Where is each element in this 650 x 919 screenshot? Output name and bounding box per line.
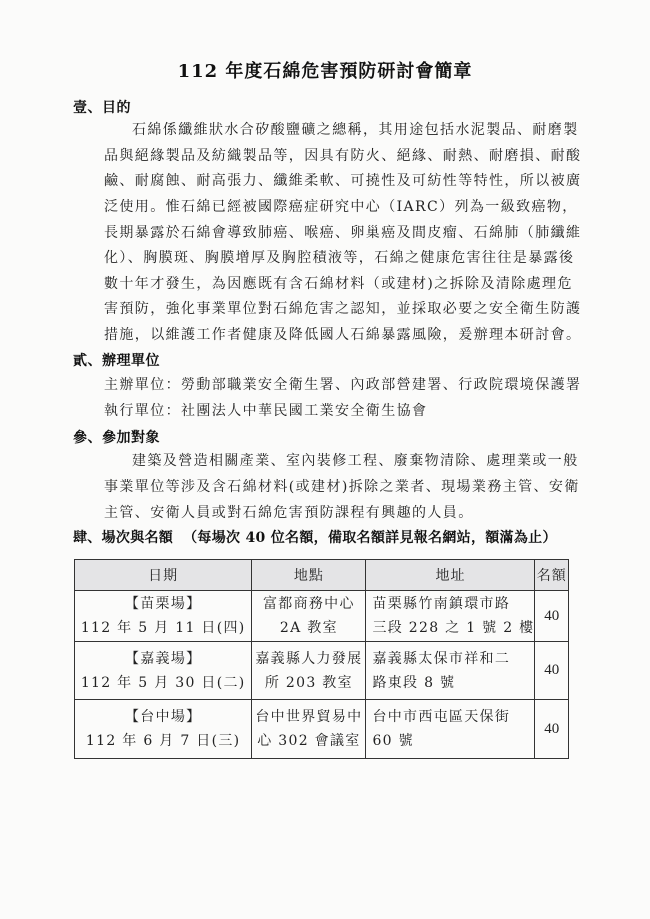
session-site: 【苗栗場】 <box>75 592 251 616</box>
venue-line: 2A 教室 <box>252 616 365 640</box>
participants-line: 建築及營造相關產業、室內裝修工程、廢棄物清除、處理業或一般 <box>132 450 579 470</box>
purpose-line: 鹼、耐腐蝕、耐高張力、纖維柔軟、可撓性及可紡性等特性，所以被廣 <box>104 170 581 190</box>
session-site: 【嘉義場】 <box>75 647 251 671</box>
venue-line: 富都商務中心 <box>252 592 365 616</box>
session-date: 112 年 5 月 11 日(四) <box>75 616 251 640</box>
address-line: 60 號 <box>372 729 534 753</box>
document-title: 112 年度石綿危害預防研討會簡章 <box>0 57 650 83</box>
session-date-cell: 【嘉義場】 112 年 5 月 30 日(二) <box>75 642 252 700</box>
session-address-cell: 台中市西屯區天保街 60 號 <box>366 700 535 759</box>
header-date: 日期 <box>75 560 252 591</box>
venue-line: 所 203 教室 <box>252 671 365 695</box>
session-date-cell: 【台中場】 112 年 6 月 7 日(三) <box>75 700 252 759</box>
table-row: 【嘉義場】 112 年 5 月 30 日(二) 嘉義縣人力發展 所 203 教室… <box>75 642 569 700</box>
sessions-quota-note: （每場次 40 位名額，備取名額詳見報名網站，額滿為止） <box>183 530 557 546</box>
section-heading-purpose: 壹、目的 <box>73 97 131 117</box>
sessions-heading-label: 肆、場次與名額 <box>73 530 173 546</box>
session-quota: 40 <box>535 642 569 700</box>
purpose-line: 長期暴露於石綿會導致肺癌、喉癌、卵巢癌及間皮瘤、石綿肺（肺纖維 <box>104 222 581 242</box>
purpose-line: 化）、胸膜斑、胸膜增厚及胸腔積液等，石綿之健康危害往往是暴露後 <box>104 247 574 267</box>
purpose-line: 害預防，強化事業單位對石綿危害之認知，並採取必要之安全衛生防護 <box>104 298 581 318</box>
document-page: 112 年度石綿危害預防研討會簡章 壹、目的 石綿係纖維狀水合矽酸鹽礦之總稱，其… <box>0 0 650 919</box>
venue-line: 嘉義縣人力發展 <box>252 647 365 671</box>
participants-line: 主管、安衛人員或對石綿危害預防課程有興趣的人員。 <box>104 502 474 522</box>
participants-line: 事業單位等涉及含石綿材料(或建材)拆除之業者、現場業務主管、安衛 <box>104 476 580 496</box>
session-date: 112 年 6 月 7 日(三) <box>75 729 251 753</box>
session-venue-cell: 富都商務中心 2A 教室 <box>252 591 366 642</box>
section-heading-sessions: 肆、場次與名額（每場次 40 位名額，備取名額詳見報名網站，額滿為止） <box>73 527 557 547</box>
address-line: 路東段 8 號 <box>372 671 534 695</box>
session-date-cell: 【苗栗場】 112 年 5 月 11 日(四) <box>75 591 252 642</box>
purpose-line: 泛使用。惟石綿已經被國際癌症研究中心（IARC）列為一級致癌物， <box>104 196 578 216</box>
purpose-line: 措施，以維護工作者健康及降低國人石綿暴露風險，爰辦理本研討會。 <box>104 324 581 344</box>
session-site: 【台中場】 <box>75 705 251 729</box>
sessions-table: 日期 地點 地址 名額 【苗栗場】 112 年 5 月 11 日(四) 富都商務… <box>74 559 569 759</box>
header-quota: 名額 <box>535 560 569 591</box>
section-heading-participants: 參、參加對象 <box>73 427 160 447</box>
purpose-line: 數十年才發生，為因應既有含石綿材料（或建材)之拆除及清除處理危 <box>104 273 573 293</box>
venue-line: 台中世界貿易中 <box>252 705 365 729</box>
session-quota: 40 <box>535 700 569 759</box>
venue-line: 心 302 會議室 <box>252 729 365 753</box>
section-heading-organizers: 貳、辦理單位 <box>73 350 160 370</box>
purpose-line: 石綿係纖維狀水合矽酸鹽礦之總稱，其用途包括水泥製品、耐磨製 <box>132 119 579 139</box>
address-line: 苗栗縣竹南鎮環市路 <box>372 592 534 616</box>
purpose-line: 品與絕緣製品及紡織製品等，因具有防火、絕緣、耐熱、耐磨損、耐酸 <box>104 145 581 165</box>
session-address-cell: 苗栗縣竹南鎮環市路 三段 228 之 1 號 2 樓 <box>366 591 535 642</box>
session-date: 112 年 5 月 30 日(二) <box>75 671 251 695</box>
table-row: 【台中場】 112 年 6 月 7 日(三) 台中世界貿易中 心 302 會議室… <box>75 700 569 759</box>
session-quota: 40 <box>535 591 569 642</box>
executing-organizer: 執行單位：社團法人中華民國工業安全衛生協會 <box>104 400 427 420</box>
header-venue: 地點 <box>252 560 366 591</box>
address-line: 三段 228 之 1 號 2 樓 <box>372 616 534 640</box>
session-address-cell: 嘉義縣太保市祥和二 路東段 8 號 <box>366 642 535 700</box>
host-organizers: 主辦單位：勞動部職業安全衛生署、內政部營建署、行政院環境保護署 <box>104 374 581 394</box>
address-line: 台中市西屯區天保街 <box>372 705 534 729</box>
header-address: 地址 <box>366 560 535 591</box>
address-line: 嘉義縣太保市祥和二 <box>372 647 534 671</box>
table-header-row: 日期 地點 地址 名額 <box>75 560 569 591</box>
session-venue-cell: 嘉義縣人力發展 所 203 教室 <box>252 642 366 700</box>
table-row: 【苗栗場】 112 年 5 月 11 日(四) 富都商務中心 2A 教室 苗栗縣… <box>75 591 569 642</box>
session-venue-cell: 台中世界貿易中 心 302 會議室 <box>252 700 366 759</box>
